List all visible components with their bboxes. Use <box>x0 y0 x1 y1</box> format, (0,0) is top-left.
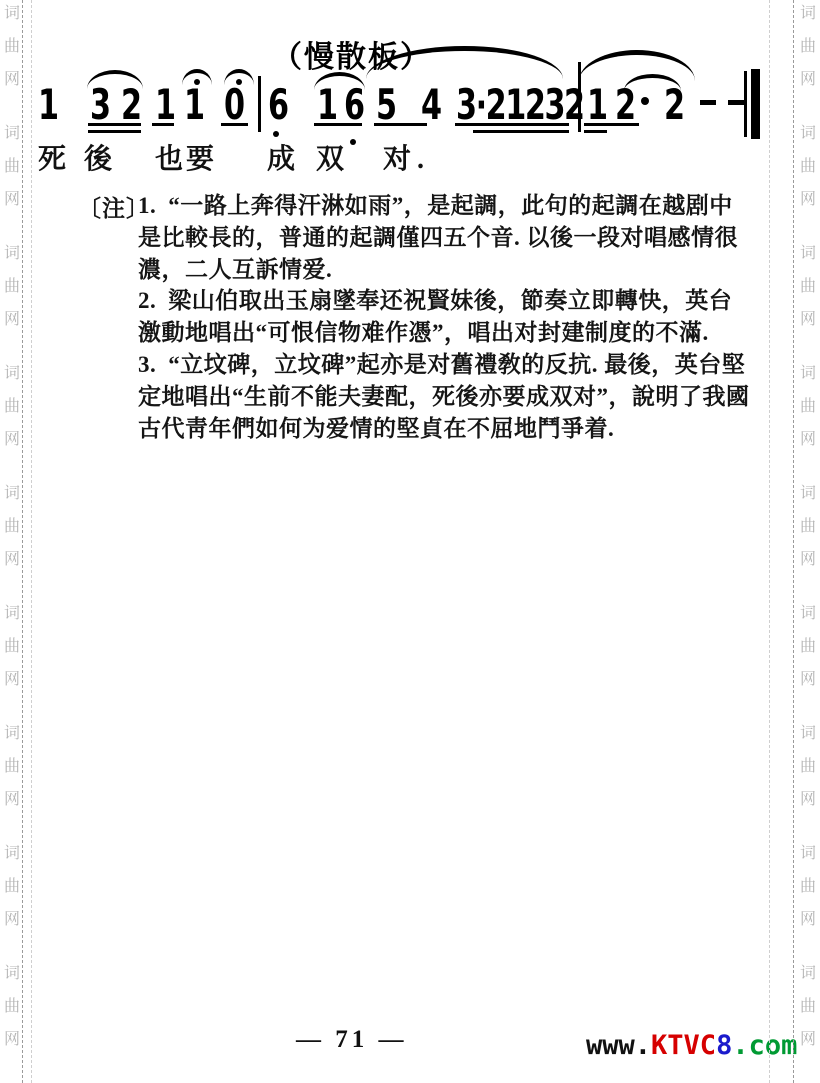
side-watermark-char: 曲 <box>3 879 21 895</box>
note-item-1: 1.“一路上奔得汗淋如雨”，是起調，此句的起調在越剧中 是比較長的，普通的起調僅… <box>138 190 756 285</box>
augmentation-dot <box>641 97 649 105</box>
beam-underline <box>584 123 639 126</box>
side-watermark-char: 网 <box>799 792 817 808</box>
scanned-sheet-music-page: （慢散板） 132110616543·21232122 死後也要成双对. 〔注〕… <box>0 0 820 1083</box>
watermark-8: 8 <box>716 1030 732 1061</box>
beam-underline <box>455 123 569 126</box>
lyric-syllable: 後 <box>84 146 118 174</box>
side-watermark-char: 词 <box>3 606 21 622</box>
side-watermark-char: 词 <box>799 6 817 22</box>
site-watermark: www.KTVC8.com <box>586 1030 797 1061</box>
note-item-number: 3. <box>138 352 156 377</box>
side-watermark-char: 曲 <box>3 279 21 295</box>
side-watermark-char: 曲 <box>3 759 21 775</box>
side-watermark-char: 词 <box>799 606 817 622</box>
side-watermark-char: 词 <box>3 486 21 502</box>
side-watermark-char: 曲 <box>799 639 817 655</box>
octave-dot <box>350 139 356 145</box>
extension-dash <box>700 100 716 105</box>
note-digit: 6 <box>344 84 365 126</box>
watermark-com: .com <box>732 1030 797 1061</box>
side-watermark-char: 网 <box>3 912 21 928</box>
beam-underline <box>88 130 141 133</box>
side-watermark-char: 词 <box>799 966 817 982</box>
note-digit: 1 <box>587 84 608 126</box>
note-digit: 5 <box>376 84 397 126</box>
beam-underline <box>584 130 607 133</box>
watermark-ktvc: KTVC <box>651 1030 716 1061</box>
side-watermark-char: 曲 <box>3 999 21 1015</box>
note-item-2: 2.梁山伯取出玉扇墜奉还祝賢妹後，節奏立即轉快，英台 激動地唱出“可恨信物难作憑… <box>138 285 756 349</box>
side-watermark-char: 网 <box>799 1032 817 1048</box>
lyric-syllable: 对. <box>383 146 430 174</box>
side-watermark-char: 曲 <box>3 399 21 415</box>
side-watermark-char: 网 <box>799 552 817 568</box>
side-watermark-char: 曲 <box>799 519 817 535</box>
dashed-border-right-1 <box>769 0 770 1083</box>
final-barline-thin <box>744 71 747 137</box>
side-watermark-char: 网 <box>3 432 21 448</box>
side-watermark-char: 词 <box>3 6 21 22</box>
notes-text-block: 1.“一路上奔得汗淋如雨”，是起調，此句的起調在越剧中 是比較長的，普通的起調僅… <box>138 190 756 444</box>
side-watermark-char: 词 <box>799 246 817 262</box>
lyric-syllable: 死 <box>38 146 72 174</box>
side-watermark-char: 网 <box>799 312 817 328</box>
note-digit: 4 <box>421 84 442 126</box>
note-item-text: “立坟碑，立坟碑”起亦是对舊禮敎的反抗. 最後，英台堅 定地唱出“生前不能夫妻配… <box>138 352 750 441</box>
barline <box>258 76 261 132</box>
note-digit: 1 <box>38 84 59 126</box>
side-watermark-char: 曲 <box>799 399 817 415</box>
side-watermark-char: 曲 <box>3 639 21 655</box>
side-watermark-char: 词 <box>3 246 21 262</box>
side-watermark-char: 曲 <box>799 879 817 895</box>
note-item-number: 1. <box>138 193 156 218</box>
side-watermark-char: 网 <box>3 72 21 88</box>
dashed-border-left-1 <box>22 0 23 1083</box>
side-watermark-char: 词 <box>3 726 21 742</box>
dashed-border-right-2 <box>793 0 794 1083</box>
fermata-dot <box>236 79 242 85</box>
side-watermark-char: 网 <box>3 192 21 208</box>
note-item-3: 3.“立坟碑，立坟碑”起亦是对舊禮敎的反抗. 最後，英台堅 定地唱出“生前不能夫… <box>138 349 756 444</box>
side-watermark-char: 网 <box>3 792 21 808</box>
side-watermark-char: 词 <box>799 126 817 142</box>
side-watermark-char: 曲 <box>799 39 817 55</box>
watermark-www: www. <box>586 1030 651 1061</box>
side-watermark-char: 曲 <box>3 39 21 55</box>
side-watermark-char: 网 <box>3 552 21 568</box>
side-watermark-char: 网 <box>799 912 817 928</box>
side-watermark-char: 词 <box>3 846 21 862</box>
note-digit: 3·21232 <box>456 84 584 126</box>
beam-underline <box>374 123 427 126</box>
note-digit: 2 <box>121 84 142 126</box>
note-digit: 3 <box>90 84 111 126</box>
side-watermark-char: 词 <box>799 726 817 742</box>
page-number: — 71 — <box>296 1026 408 1054</box>
side-watermark-char: 曲 <box>799 279 817 295</box>
side-watermark-char: 曲 <box>799 999 817 1015</box>
octave-dot <box>273 131 279 137</box>
side-watermark-char: 网 <box>3 312 21 328</box>
note-digit: 0 <box>224 84 245 126</box>
side-watermark-char: 曲 <box>799 759 817 775</box>
note-digit: 1 <box>155 84 176 126</box>
lyric-syllable: 双 <box>316 146 350 174</box>
lyric-syllable: 成 <box>267 146 301 174</box>
side-watermark-char: 词 <box>799 486 817 502</box>
side-watermark-char: 网 <box>3 672 21 688</box>
side-watermark-char: 词 <box>3 366 21 382</box>
side-watermark-char: 网 <box>3 1032 21 1048</box>
fermata-dot <box>194 79 200 85</box>
note-digit: 6 <box>268 84 289 126</box>
beam-underline <box>152 123 174 126</box>
beam-underline <box>88 123 141 126</box>
side-watermark-char: 词 <box>3 966 21 982</box>
side-watermark-char: 网 <box>799 72 817 88</box>
side-watermark-char: 词 <box>799 366 817 382</box>
lyric-syllable: 也 <box>155 146 189 174</box>
note-item-text: “一路上奔得汗淋如雨”，是起調，此句的起調在越剧中 是比較長的，普通的起調僅四五… <box>138 193 738 282</box>
note-digit: 1 <box>317 84 338 126</box>
side-watermark-char: 曲 <box>3 159 21 175</box>
side-watermark-char: 词 <box>3 126 21 142</box>
slur-arc <box>87 70 143 89</box>
side-watermark-char: 网 <box>799 672 817 688</box>
lyric-syllable: 要 <box>186 146 220 174</box>
extension-dash <box>728 100 744 105</box>
side-watermark-char: 网 <box>799 432 817 448</box>
note-digit: 1 <box>184 84 205 126</box>
note-item-text: 梁山伯取出玉扇墜奉还祝賢妹後，節奏立即轉快，英台 激動地唱出“可恨信物难作憑”，… <box>138 288 732 345</box>
dashed-border-left-2 <box>31 0 32 1083</box>
final-barline-thick <box>751 69 760 139</box>
side-watermark-char: 词 <box>799 846 817 862</box>
note-item-number: 2. <box>138 288 156 313</box>
side-watermark-char: 曲 <box>799 159 817 175</box>
beam-underline <box>221 123 248 126</box>
beam-underline <box>473 130 569 133</box>
side-watermark-char: 曲 <box>3 519 21 535</box>
beam-underline <box>314 123 362 126</box>
side-watermark-char: 网 <box>799 192 817 208</box>
